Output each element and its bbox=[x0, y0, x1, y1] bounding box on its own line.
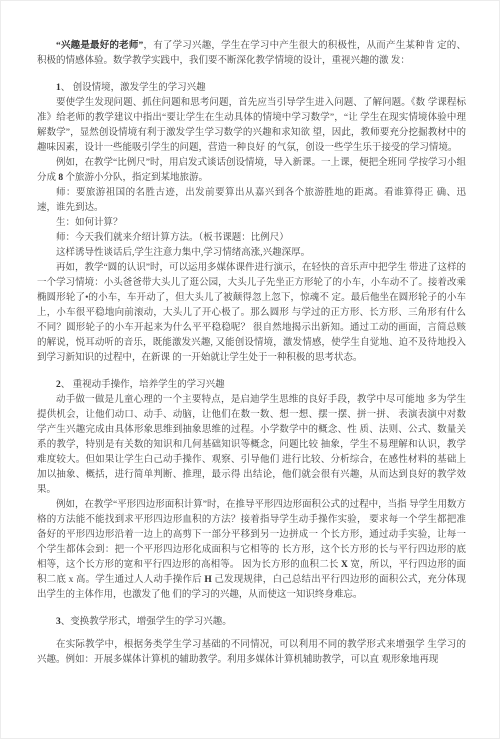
section-1-heading: 1、 创设情境，激发学生的学习兴趣 bbox=[37, 81, 466, 96]
paragraph-vary-forms: 在实际教学中，根据务类学生学习基础的不同情况，可以利用不同的教学形式来增强学 生… bbox=[37, 638, 466, 668]
paragraph-intro: “兴趣是最好的老师”，有了学习兴趣，学生在学习中产生很大的积极性，从而产生某种肯… bbox=[37, 39, 466, 69]
paragraph-hands-on: 动手做一做是儿童心理的一个主要特点，是启迪学生思维的良好手段，教学中尽可能地 多… bbox=[37, 393, 466, 498]
document-page: “兴趣是最好的老师”，有了学习兴趣，学生在学习中产生很大的积极性，从而产生某种肯… bbox=[0, 0, 500, 739]
paragraph-inductive-talk: 这样诱导性谈话后,学生注意力集中,学习情绪高涨,兴趣深厚。 bbox=[37, 246, 466, 261]
paragraph-parallelogram-example: 例如，在教学“平形四边形面积计算”时，在推导平形四边形面积公式的过程中，当指 导… bbox=[37, 498, 466, 603]
paragraph-circle-example: 再如，教学“圆的认识”时，可以运用多媒体课件进行演示，在轻快的音乐声中把学生 带… bbox=[37, 261, 466, 366]
dialogue-teacher-1: 师：要旅游祖国的名胜古迹，出发前要算出从嘉兴到各个旅游胜地的距离。看谁算得正 确… bbox=[37, 186, 466, 216]
paragraph-create-situation: 要使学生发现问题、抓住问题和思考问题，首先应当引导学生进入问题、了解问题。《数 … bbox=[37, 96, 466, 156]
dialogue-teacher-2: 师：今天我们就来介绍计算方法。（板书课题：比例尺） bbox=[37, 231, 466, 246]
parallelogram-letter-x: X bbox=[341, 560, 348, 570]
section-2-title: 、 重视动手操作，培养学生的学习兴趣 bbox=[61, 380, 225, 390]
intro-lead-quote: “兴趣是最好的老师” bbox=[56, 41, 143, 51]
scale-example-text-b: 个旅游小分队，指定到某地旅游。 bbox=[63, 173, 208, 183]
section-1-title: 、 创设情境，激发学生的学习兴趣 bbox=[61, 83, 206, 93]
dialogue-student-1: 生：如何计算？ bbox=[37, 216, 466, 231]
parallelogram-letter-h: H bbox=[204, 575, 211, 585]
section-3-title: 、变换教学形式，增强学生的学习兴趣。 bbox=[61, 617, 232, 627]
section-2-heading: 2、 重视动手操作，培养学生的学习兴趣 bbox=[37, 378, 466, 393]
paragraph-scale-example: 例如，在教学“比例尺”时，用启发式谈话创设情境，导入新课。一上课，便把全班同 学… bbox=[37, 156, 466, 186]
section-3-heading: 3、变换教学形式，增强学生的学习兴趣。 bbox=[37, 615, 466, 630]
